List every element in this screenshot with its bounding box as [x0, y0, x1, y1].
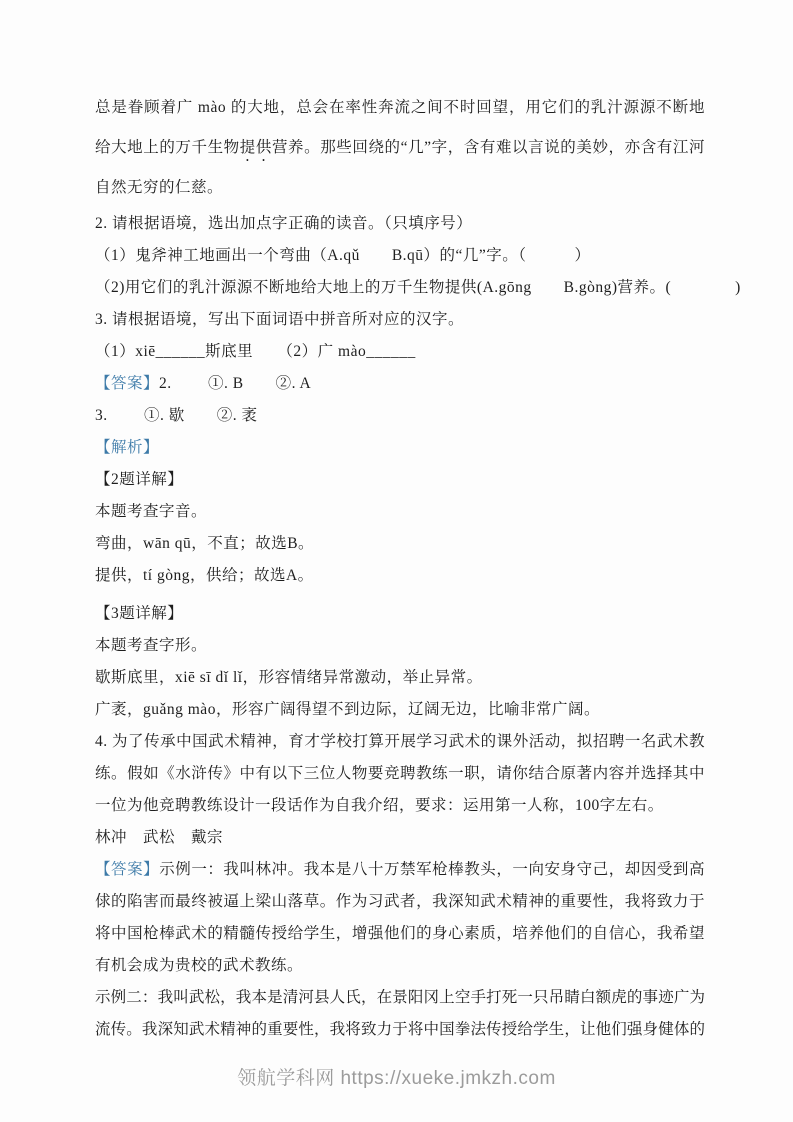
answer-line-q2: 【答案】2. ①. B ②. A	[95, 368, 705, 400]
detail-2-header: 【2题详解】	[95, 464, 705, 496]
question-3-stem: 3. 请根据语境，写出下面词语中拼音所对应的汉字。	[95, 304, 705, 336]
detail-2-line-1: 本题考查字音。	[95, 496, 705, 528]
answer-label: 【答案】	[95, 375, 159, 392]
answer-label-q4: 【答案】	[95, 861, 159, 878]
detail-3-header: 【3题详解】	[95, 598, 705, 630]
answer-line-q3: 3. ①. 歇 ②. 袤	[95, 400, 705, 432]
detail-3-line-3: 广袤，guǎng mào，形容广阔得望不到边际，辽阔无边，比喻非常广阔。	[95, 694, 705, 726]
candidate-names: 林冲 武松 戴宗	[95, 822, 705, 854]
analysis-label-line: 【解析】	[95, 432, 705, 464]
detail-2-line-2: 弯曲，wān qū，不直；故选B。	[95, 528, 705, 560]
answer-example-2: 示例二：我叫武松，我本是清河县人氏，在景阳冈上空手打死一只吊睛白额虎的事迹广为流…	[95, 982, 705, 1046]
answer-example-1-text: 示例一：我叫林冲。我本是八十万禁军枪棒教头，一向安身守己，却因受到高俅的陷害而最…	[95, 861, 705, 974]
question-2-item-2: （2)用它们的乳汁源源不断地给大地上的万千生物提供(A.gōng B.gòng)…	[95, 272, 705, 304]
footer-watermark: 领航学科网 https://xueke.jmkzh.com	[0, 1063, 793, 1090]
answer-q2-value: 2. ①. B ②. A	[159, 375, 311, 392]
detail-3-line-1: 本题考查字形。	[95, 630, 705, 662]
detail-2-line-3: 提供，tí gòng，供给；故选A。	[95, 560, 705, 592]
question-4-stem: 4. 为了传承中国武术精神，育才学校打算开展学习武术的课外活动，拟招聘一名武术教…	[95, 726, 705, 822]
analysis-label: 【解析】	[95, 439, 159, 456]
question-2-item-1: （1）鬼斧神工地画出一个弯曲（A.qǔ B.qū）的“几”字。（ ）	[95, 240, 705, 272]
question-2-stem: 2. 请根据语境，选出加点字正确的读音。（只填序号）	[95, 208, 705, 240]
question-3-items: （1）xiē______斯底里 （2）广 mào______	[95, 336, 705, 368]
document-page: 总是眷顾着广 mào 的大地，总会在率性奔流之间不时回望，用它们的乳汁源源不断地…	[0, 0, 793, 1122]
detail-3-line-2: 歇斯底里，xiē sī dǐ lǐ，形容情绪异常激动，举止异常。	[95, 662, 705, 694]
answer-example-1: 【答案】示例一：我叫林冲。我本是八十万禁军枪棒教头，一向安身守己，却因受到高俅的…	[95, 854, 705, 982]
passage-paragraph: 总是眷顾着广 mào 的大地，总会在率性奔流之间不时回望，用它们的乳汁源源不断地…	[95, 88, 705, 208]
passage-dotted-word: 提供	[240, 139, 272, 156]
